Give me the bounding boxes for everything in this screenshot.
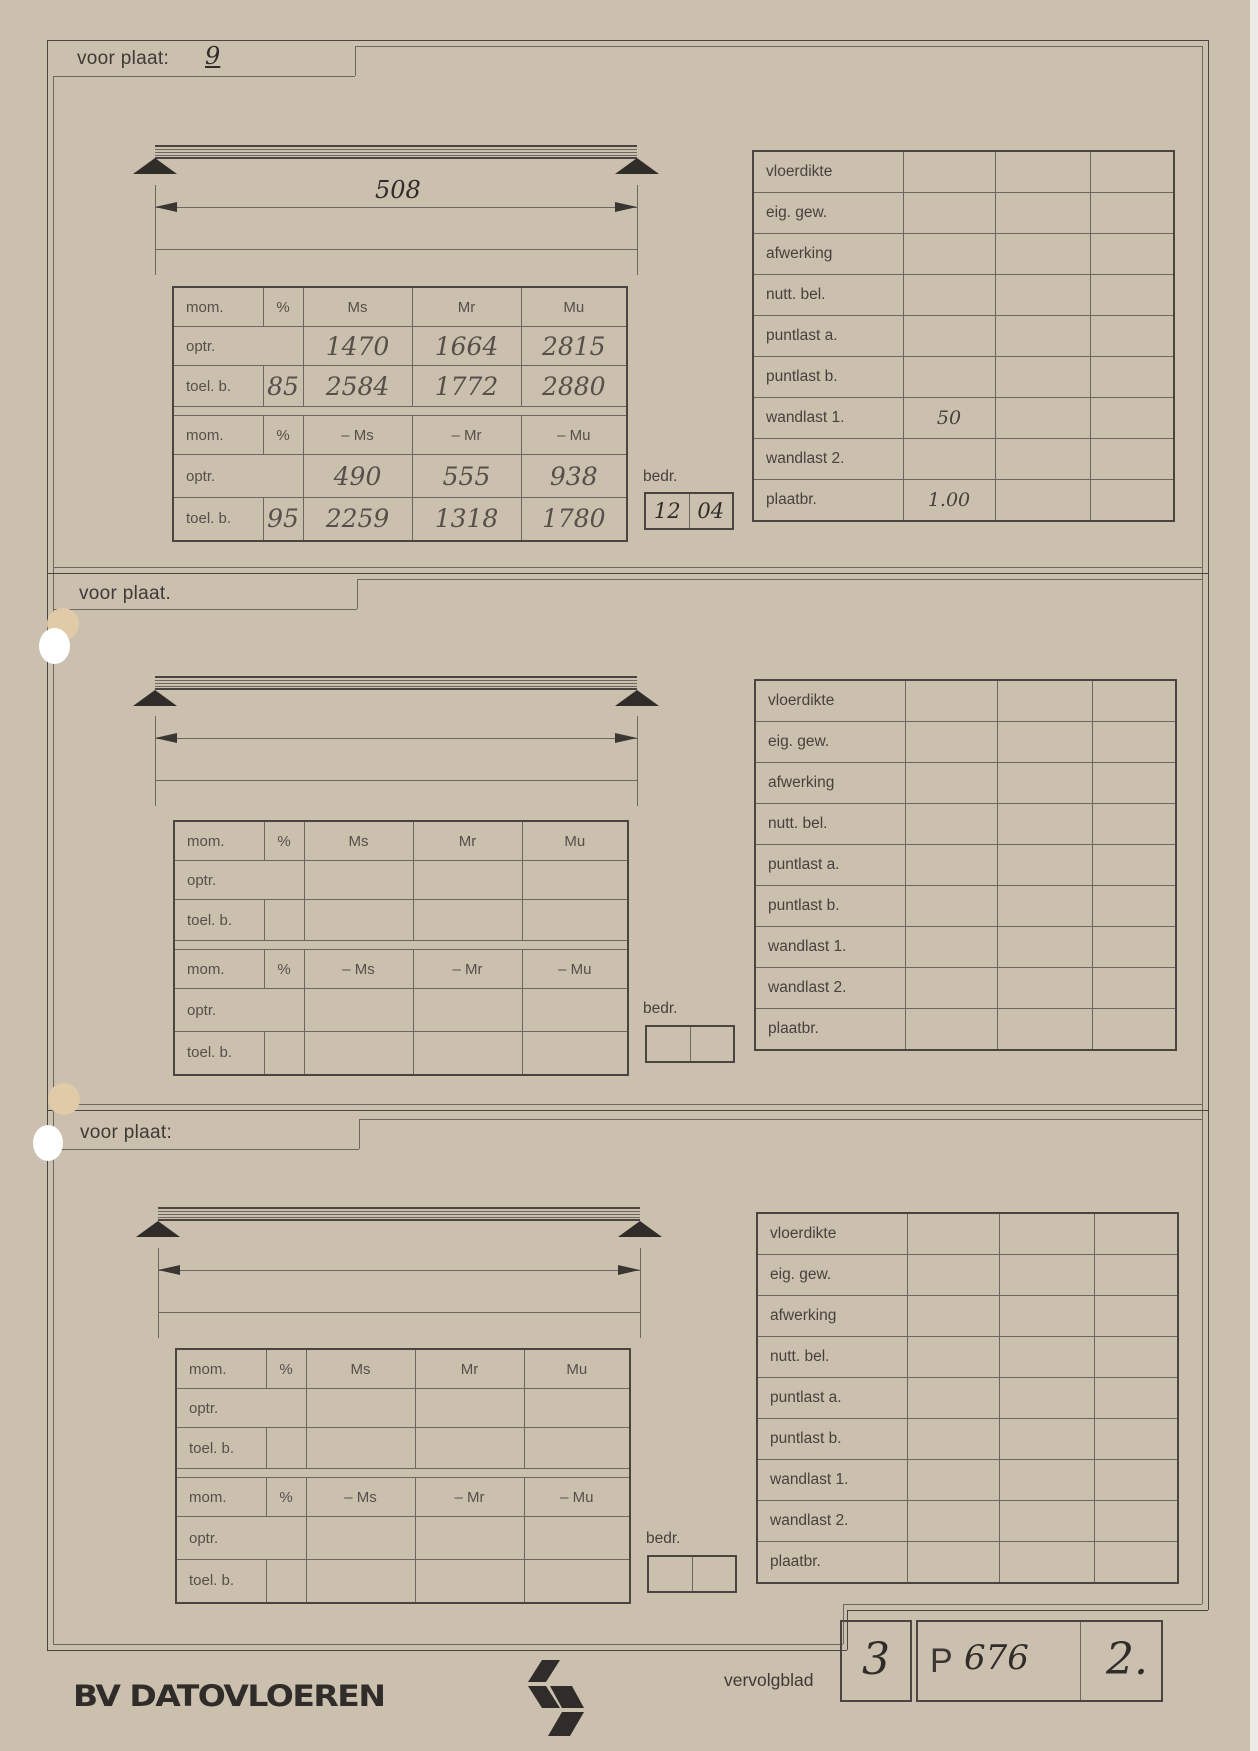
load-cell[interactable] bbox=[905, 968, 997, 1009]
cell-pct[interactable] bbox=[264, 900, 304, 941]
cell-mu[interactable] bbox=[524, 1517, 630, 1560]
voor-plaat-label: voor plaat: bbox=[80, 1122, 172, 1144]
dim-extension-right bbox=[637, 185, 638, 275]
lower-dimension-line bbox=[158, 1312, 640, 1313]
frame-top-inner bbox=[355, 46, 1202, 47]
right-support-icon bbox=[618, 1221, 662, 1237]
load-label-wandlast-1: wandlast 1. bbox=[755, 927, 905, 968]
load-cell[interactable] bbox=[1094, 1296, 1178, 1337]
load-label-puntlast-b: puntlast b. bbox=[757, 1419, 907, 1460]
row-label-toel: toel. b. bbox=[176, 1428, 266, 1469]
frame-left-inner bbox=[53, 76, 54, 1644]
frame-right bbox=[1208, 40, 1209, 1610]
lower-dimension-line bbox=[155, 249, 637, 250]
header-ms: Ms bbox=[306, 1349, 415, 1389]
cell-pct[interactable] bbox=[266, 1517, 306, 1560]
section-top-inner bbox=[357, 579, 1202, 580]
section-divider-2-inner bbox=[53, 1104, 1202, 1105]
load-label-puntlast-a: puntlast a. bbox=[753, 316, 903, 357]
load-label-afwerking: afwerking bbox=[755, 763, 905, 804]
load-cell[interactable] bbox=[995, 316, 1090, 357]
load-cell[interactable] bbox=[1094, 1460, 1178, 1501]
paper-edge bbox=[1250, 0, 1258, 1751]
load-cell[interactable] bbox=[903, 151, 995, 193]
cell-mu[interactable] bbox=[524, 1389, 630, 1428]
load-cell[interactable] bbox=[995, 439, 1090, 480]
load-cell[interactable] bbox=[999, 1460, 1094, 1501]
load-cell[interactable] bbox=[1092, 804, 1176, 845]
cell-pct[interactable] bbox=[263, 327, 303, 366]
load-cell[interactable] bbox=[1092, 968, 1176, 1009]
header-neg-mu: – Mu bbox=[524, 1478, 630, 1517]
cell-ms[interactable] bbox=[306, 1517, 415, 1560]
cell-ms[interactable]: 1470 bbox=[303, 327, 412, 366]
plaat-tab-bottom bbox=[53, 76, 355, 77]
load-label-wandlast-2: wandlast 2. bbox=[753, 439, 903, 480]
load-label-nutt-bel: nutt. bel. bbox=[757, 1337, 907, 1378]
frame-right-inner bbox=[1202, 46, 1203, 1604]
load-cell[interactable] bbox=[1090, 193, 1174, 234]
cell-mr[interactable] bbox=[415, 1517, 524, 1560]
load-cell[interactable] bbox=[995, 480, 1090, 522]
cell-pct[interactable]: 95 bbox=[263, 498, 303, 541]
company-logo-icon bbox=[520, 1660, 600, 1740]
project-box-divider bbox=[1080, 1622, 1081, 1700]
load-label-eig-gew: eig. gew. bbox=[755, 722, 905, 763]
load-cell[interactable] bbox=[907, 1337, 999, 1378]
load-cell[interactable] bbox=[997, 1009, 1092, 1051]
load-cell[interactable] bbox=[903, 357, 995, 398]
row-label-optr: optr. bbox=[176, 1517, 266, 1560]
header-pct: % bbox=[266, 1349, 306, 1389]
cell-ms[interactable] bbox=[306, 1389, 415, 1428]
load-cell[interactable] bbox=[907, 1296, 999, 1337]
table-gap bbox=[173, 407, 627, 416]
bedr-box: 12 04 bbox=[644, 492, 734, 530]
row-label-optr: optr. bbox=[173, 455, 263, 498]
header-mom: mom. bbox=[176, 1478, 266, 1517]
load-cell[interactable] bbox=[995, 275, 1090, 316]
page-number[interactable]: 2. bbox=[1106, 1634, 1148, 1685]
frame-top bbox=[47, 40, 1208, 41]
load-cell[interactable] bbox=[997, 927, 1092, 968]
load-cell[interactable] bbox=[999, 1419, 1094, 1460]
table-gap bbox=[176, 1469, 630, 1478]
plaat-tab-bottom bbox=[53, 609, 357, 610]
header-neg-mr: – Mr bbox=[413, 950, 522, 989]
row-label-toel: toel. b. bbox=[173, 366, 263, 407]
bedr-field-1[interactable]: 12 bbox=[646, 494, 689, 528]
cell-ms[interactable]: 2584 bbox=[303, 366, 412, 407]
load-cell[interactable] bbox=[907, 1419, 999, 1460]
load-cell[interactable] bbox=[995, 234, 1090, 275]
load-cell[interactable] bbox=[997, 680, 1092, 722]
load-cell[interactable] bbox=[997, 722, 1092, 763]
load-cell[interactable] bbox=[997, 886, 1092, 927]
load-label-nutt-bel: nutt. bel. bbox=[755, 804, 905, 845]
load-cell[interactable] bbox=[903, 316, 995, 357]
cell-pct[interactable] bbox=[266, 1428, 306, 1469]
voor-plaat-label: voor plaat: bbox=[77, 48, 169, 70]
header-mr: Mr bbox=[415, 1349, 524, 1389]
cell-mr[interactable] bbox=[413, 1032, 522, 1075]
row-label-optr: optr. bbox=[173, 327, 263, 366]
load-cell[interactable] bbox=[905, 845, 997, 886]
load-cell[interactable] bbox=[995, 357, 1090, 398]
load-cell[interactable] bbox=[1090, 398, 1174, 439]
bedr-label: bedr. bbox=[643, 1000, 677, 1018]
row-label-toel: toel. b. bbox=[174, 900, 264, 941]
load-cell[interactable] bbox=[1092, 1009, 1176, 1051]
section-divider-1 bbox=[47, 573, 1208, 574]
load-cell[interactable] bbox=[1094, 1378, 1178, 1419]
header-neg-ms: – Ms bbox=[306, 1478, 415, 1517]
load-cell[interactable] bbox=[1092, 680, 1176, 722]
punch-hole-ring bbox=[48, 1083, 80, 1115]
right-support-icon bbox=[615, 158, 659, 174]
cell-pct[interactable] bbox=[266, 1560, 306, 1603]
cell-mu[interactable] bbox=[522, 989, 628, 1032]
project-box: P 676 2. bbox=[916, 1620, 1163, 1702]
dim-extension-right bbox=[637, 716, 638, 806]
moments-table: mom. % Ms Mr Mu optr. toel. b. mom. % – … bbox=[175, 1348, 631, 1604]
cell-ms[interactable] bbox=[306, 1428, 415, 1469]
loads-table: vloerdikte eig. gew. afwerking nutt. bel… bbox=[752, 150, 1175, 522]
load-cell[interactable] bbox=[995, 193, 1090, 234]
cell-mr[interactable] bbox=[415, 1389, 524, 1428]
header-mu: Mu bbox=[521, 287, 627, 327]
cell-mr[interactable] bbox=[413, 861, 522, 900]
load-label-nutt-bel: nutt. bel. bbox=[753, 275, 903, 316]
load-label-wandlast-1: wandlast 1. bbox=[757, 1460, 907, 1501]
load-cell[interactable] bbox=[995, 398, 1090, 439]
row-label-toel: toel. b. bbox=[176, 1560, 266, 1603]
cell-mu[interactable]: 938 bbox=[521, 455, 627, 498]
load-cell[interactable] bbox=[905, 763, 997, 804]
load-cell[interactable] bbox=[1090, 234, 1174, 275]
punch-hole bbox=[39, 628, 70, 664]
header-neg-mu: – Mu bbox=[521, 416, 627, 455]
frame-bottom-inner bbox=[53, 1644, 843, 1645]
load-cell[interactable] bbox=[997, 763, 1092, 804]
header-mr: Mr bbox=[413, 821, 522, 861]
load-label-puntlast-b: puntlast b. bbox=[755, 886, 905, 927]
arrow-right-icon bbox=[615, 202, 637, 212]
header-mr: Mr bbox=[412, 287, 521, 327]
load-label-eig-gew: eig. gew. bbox=[753, 193, 903, 234]
header-mom: mom. bbox=[173, 287, 263, 327]
load-cell[interactable] bbox=[903, 439, 995, 480]
cell-mu[interactable] bbox=[524, 1560, 630, 1603]
loads-table: vloerdikte eig. gew. afwerking nutt. bel… bbox=[754, 679, 1177, 1051]
cell-mr[interactable]: 1318 bbox=[412, 498, 521, 541]
cell-mu[interactable]: 2815 bbox=[521, 327, 627, 366]
load-cell[interactable] bbox=[1092, 886, 1176, 927]
sheet-number-box: 3 bbox=[840, 1620, 912, 1702]
sheet-number[interactable]: 3 bbox=[862, 1634, 890, 1685]
project-number[interactable]: 676 bbox=[964, 1638, 1029, 1678]
load-cell[interactable] bbox=[1092, 722, 1176, 763]
header-mu: Mu bbox=[522, 821, 628, 861]
load-label-afwerking: afwerking bbox=[757, 1296, 907, 1337]
cell-pct[interactable] bbox=[264, 861, 304, 900]
row-label-toel: toel. b. bbox=[174, 1032, 264, 1075]
header-neg-mu: – Mu bbox=[522, 950, 628, 989]
load-cell[interactable] bbox=[907, 1501, 999, 1542]
load-cell[interactable] bbox=[997, 968, 1092, 1009]
row-label-optr: optr. bbox=[174, 989, 264, 1032]
cell-pct[interactable]: 85 bbox=[263, 366, 303, 407]
span-dimension-line bbox=[155, 207, 637, 208]
cell-ms[interactable] bbox=[304, 861, 413, 900]
load-cell[interactable] bbox=[999, 1501, 1094, 1542]
load-cell[interactable] bbox=[1090, 316, 1174, 357]
header-ms: Ms bbox=[303, 287, 412, 327]
header-mu: Mu bbox=[524, 1349, 630, 1389]
bedr-field-2[interactable] bbox=[690, 1027, 734, 1061]
beam-icon bbox=[158, 1207, 640, 1221]
load-label-afwerking: afwerking bbox=[753, 234, 903, 275]
header-pct: % bbox=[264, 821, 304, 861]
dim-extension-left bbox=[155, 716, 156, 806]
section-divider-1-inner bbox=[53, 567, 1202, 568]
cell-mr[interactable]: 1772 bbox=[412, 366, 521, 407]
load-cell[interactable] bbox=[903, 275, 995, 316]
moments-table: mom. % Ms Mr Mu optr. 1470 1664 2815 toe… bbox=[172, 286, 628, 542]
load-cell[interactable] bbox=[997, 845, 1092, 886]
load-label-vloerdikte: vloerdikte bbox=[753, 151, 903, 193]
header-neg-mr: – Mr bbox=[415, 1478, 524, 1517]
load-cell[interactable] bbox=[1094, 1501, 1178, 1542]
left-support-icon bbox=[133, 690, 177, 706]
load-label-wandlast-1: wandlast 1. bbox=[753, 398, 903, 439]
header-ms: Ms bbox=[304, 821, 413, 861]
load-cell[interactable] bbox=[1094, 1255, 1178, 1296]
table-gap bbox=[174, 941, 628, 950]
arrow-left-icon bbox=[155, 733, 177, 743]
project-prefix: P bbox=[930, 1642, 953, 1681]
load-cell[interactable] bbox=[905, 804, 997, 845]
header-pct: % bbox=[263, 416, 303, 455]
punch-hole bbox=[33, 1125, 63, 1161]
plaat-tab-side bbox=[359, 1119, 360, 1149]
load-label-wandlast-2: wandlast 2. bbox=[755, 968, 905, 1009]
frame-bottom bbox=[47, 1650, 847, 1651]
load-cell[interactable] bbox=[905, 1009, 997, 1051]
load-cell[interactable] bbox=[1090, 439, 1174, 480]
span-value[interactable]: 508 bbox=[375, 176, 421, 204]
load-label-wandlast-2: wandlast 2. bbox=[757, 1501, 907, 1542]
header-mom: mom. bbox=[174, 821, 264, 861]
beam-icon bbox=[155, 145, 637, 159]
arrow-left-icon bbox=[155, 202, 177, 212]
load-cell[interactable] bbox=[999, 1378, 1094, 1419]
cell-ms[interactable] bbox=[304, 900, 413, 941]
dim-extension-left bbox=[155, 185, 156, 275]
header-mom: mom. bbox=[176, 1349, 266, 1389]
cell-pct[interactable] bbox=[263, 455, 303, 498]
loads-table: vloerdikte eig. gew. afwerking nutt. bel… bbox=[756, 1212, 1179, 1584]
load-cell[interactable] bbox=[905, 680, 997, 722]
header-pct: % bbox=[266, 1478, 306, 1517]
load-cell[interactable]: 50 bbox=[903, 398, 995, 439]
load-cell[interactable] bbox=[1090, 275, 1174, 316]
cell-mr[interactable] bbox=[415, 1560, 524, 1603]
dim-extension-left bbox=[158, 1248, 159, 1338]
load-label-plaatbr: plaatbr. bbox=[757, 1542, 907, 1584]
arrow-right-icon bbox=[615, 733, 637, 743]
load-cell[interactable] bbox=[905, 722, 997, 763]
row-label-optr: optr. bbox=[176, 1389, 266, 1428]
load-label-vloerdikte: vloerdikte bbox=[757, 1213, 907, 1255]
cell-ms[interactable] bbox=[306, 1560, 415, 1603]
vervolgblad-label: vervolgblad bbox=[724, 1670, 814, 1691]
frame-step-top bbox=[847, 1610, 1208, 1611]
load-cell[interactable] bbox=[999, 1542, 1094, 1584]
plaat-tab-side bbox=[357, 579, 358, 609]
cell-ms[interactable]: 2259 bbox=[303, 498, 412, 541]
load-cell[interactable] bbox=[903, 234, 995, 275]
header-neg-mr: – Mr bbox=[412, 416, 521, 455]
load-cell[interactable] bbox=[995, 151, 1090, 193]
load-cell[interactable] bbox=[999, 1337, 1094, 1378]
section-top-inner bbox=[359, 1119, 1202, 1120]
cell-mr[interactable] bbox=[413, 900, 522, 941]
load-cell[interactable] bbox=[907, 1213, 999, 1255]
right-support-icon bbox=[615, 690, 659, 706]
arrow-left-icon bbox=[158, 1265, 180, 1275]
load-label-eig-gew: eig. gew. bbox=[757, 1255, 907, 1296]
row-label-toel: toel. b. bbox=[173, 498, 263, 541]
cell-mu[interactable] bbox=[522, 861, 628, 900]
load-cell[interactable] bbox=[1094, 1419, 1178, 1460]
cell-mu[interactable] bbox=[522, 900, 628, 941]
voor-plaat-label: voor plaat. bbox=[79, 583, 171, 605]
load-cell[interactable] bbox=[1090, 480, 1174, 522]
section-divider-2 bbox=[47, 1110, 1208, 1111]
header-neg-ms: – Ms bbox=[304, 950, 413, 989]
cell-pct[interactable] bbox=[264, 989, 304, 1032]
cell-mu[interactable] bbox=[522, 1032, 628, 1075]
load-cell[interactable] bbox=[907, 1542, 999, 1584]
plaat-number[interactable]: 9 bbox=[205, 42, 220, 70]
cell-ms[interactable] bbox=[304, 989, 413, 1032]
load-label-puntlast-a: puntlast a. bbox=[755, 845, 905, 886]
load-cell[interactable] bbox=[999, 1255, 1094, 1296]
cell-ms[interactable]: 490 bbox=[303, 455, 412, 498]
header-pct: % bbox=[264, 950, 304, 989]
lower-dimension-line bbox=[155, 780, 637, 781]
load-cell[interactable] bbox=[1094, 1542, 1178, 1584]
plaat-tab-side bbox=[355, 46, 356, 76]
bedr-box bbox=[645, 1025, 735, 1063]
bedr-field-1[interactable] bbox=[647, 1027, 690, 1061]
span-dimension-line bbox=[158, 1270, 640, 1271]
cell-mr[interactable]: 555 bbox=[412, 455, 521, 498]
bedr-field-2[interactable] bbox=[692, 1557, 736, 1591]
load-label-vloerdikte: vloerdikte bbox=[755, 680, 905, 722]
beam-icon bbox=[155, 676, 637, 690]
load-cell[interactable] bbox=[903, 193, 995, 234]
load-cell[interactable] bbox=[1092, 845, 1176, 886]
cell-mr[interactable] bbox=[415, 1428, 524, 1469]
left-support-icon bbox=[133, 158, 177, 174]
load-label-plaatbr: plaatbr. bbox=[753, 480, 903, 522]
load-cell[interactable] bbox=[1092, 927, 1176, 968]
left-support-icon bbox=[136, 1221, 180, 1237]
cell-ms[interactable] bbox=[304, 1032, 413, 1075]
header-mom: mom. bbox=[174, 950, 264, 989]
row-label-optr: optr. bbox=[174, 861, 264, 900]
cell-pct[interactable] bbox=[264, 1032, 304, 1075]
load-cell[interactable] bbox=[1090, 357, 1174, 398]
frame-step-top-inner bbox=[843, 1604, 1202, 1605]
bedr-field-2[interactable]: 04 bbox=[689, 494, 733, 528]
load-cell[interactable] bbox=[907, 1255, 999, 1296]
company-logo-text: BV DATOVLOEREN bbox=[73, 1678, 384, 1713]
load-cell[interactable] bbox=[999, 1213, 1094, 1255]
load-cell[interactable] bbox=[905, 886, 997, 927]
header-neg-ms: – Ms bbox=[303, 416, 412, 455]
cell-mu[interactable]: 1780 bbox=[521, 498, 627, 541]
load-cell[interactable] bbox=[905, 927, 997, 968]
bedr-label: bedr. bbox=[643, 468, 677, 486]
load-cell[interactable] bbox=[1090, 151, 1174, 193]
load-cell[interactable]: 1.00 bbox=[903, 480, 995, 522]
load-cell[interactable] bbox=[1094, 1213, 1178, 1255]
load-label-puntlast-a: puntlast a. bbox=[757, 1378, 907, 1419]
header-pct: % bbox=[263, 287, 303, 327]
load-cell[interactable] bbox=[999, 1296, 1094, 1337]
load-label-puntlast-b: puntlast b. bbox=[753, 357, 903, 398]
load-cell[interactable] bbox=[1092, 763, 1176, 804]
cell-pct[interactable] bbox=[266, 1389, 306, 1428]
cell-mr[interactable] bbox=[413, 989, 522, 1032]
load-cell[interactable] bbox=[1094, 1337, 1178, 1378]
bedr-field-1[interactable] bbox=[649, 1557, 692, 1591]
load-cell[interactable] bbox=[997, 804, 1092, 845]
cell-mu[interactable] bbox=[524, 1428, 630, 1469]
load-label-plaatbr: plaatbr. bbox=[755, 1009, 905, 1051]
frame-left bbox=[47, 40, 48, 1650]
cell-mr[interactable]: 1664 bbox=[412, 327, 521, 366]
cell-mu[interactable]: 2880 bbox=[521, 366, 627, 407]
bedr-box bbox=[647, 1555, 737, 1593]
span-dimension-line bbox=[155, 738, 637, 739]
plaat-tab-bottom bbox=[53, 1149, 359, 1150]
arrow-right-icon bbox=[618, 1265, 640, 1275]
bedr-label: bedr. bbox=[646, 1530, 680, 1548]
header-mom: mom. bbox=[173, 416, 263, 455]
load-cell[interactable] bbox=[907, 1378, 999, 1419]
moments-table: mom. % Ms Mr Mu optr. toel. b. mom. % – … bbox=[173, 820, 629, 1076]
load-cell[interactable] bbox=[907, 1460, 999, 1501]
dim-extension-right bbox=[640, 1248, 641, 1338]
